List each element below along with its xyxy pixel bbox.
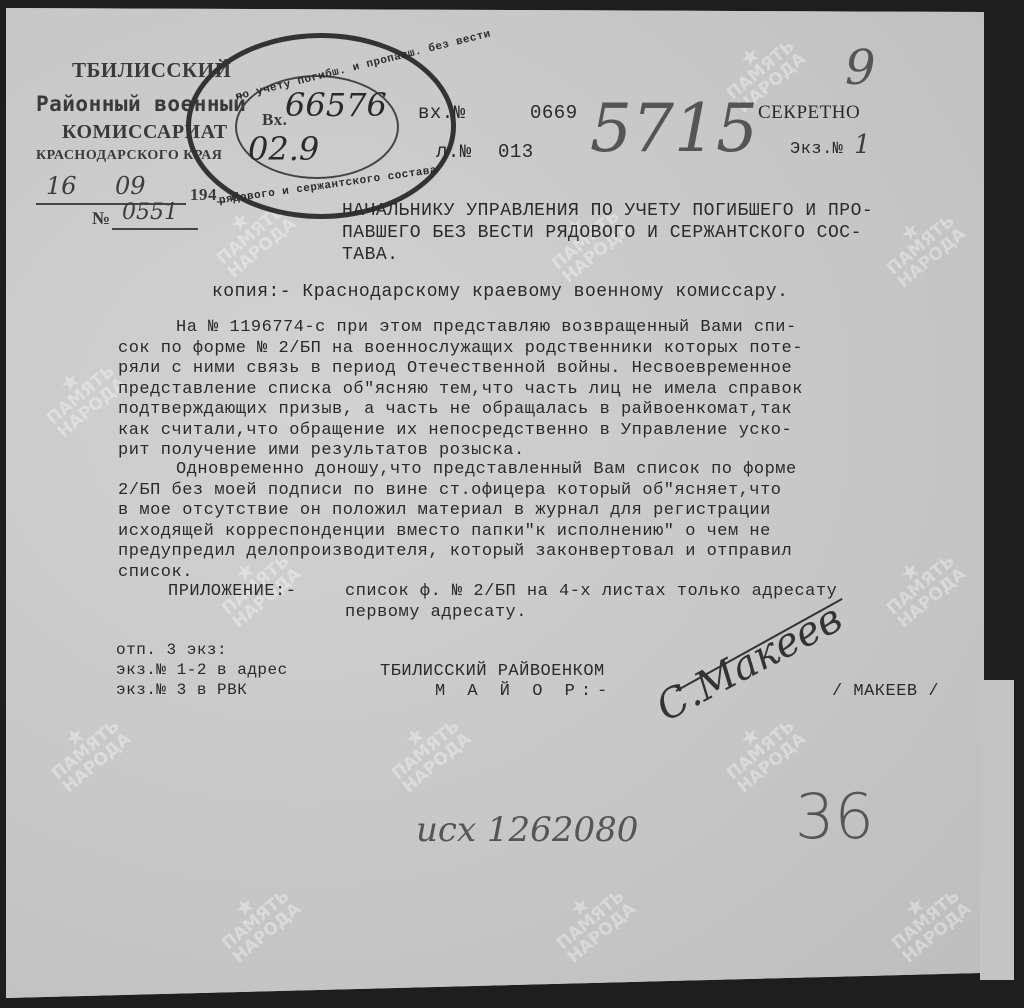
outgoing-number: 0551: [122, 200, 178, 225]
classification: СЕКРЕТНО: [758, 102, 860, 124]
signatory-rank: М А Й О Р:-: [435, 682, 613, 701]
copy-value: 1: [854, 130, 871, 160]
attachment-text: список ф. № 2/БП на 4-х листах только ад…: [345, 582, 837, 623]
date-month: 09: [115, 172, 146, 200]
stamp-incoming-number: 66576: [285, 86, 387, 124]
copy-to-line: копия:- Краснодарскому краевому военному…: [212, 282, 788, 302]
number-label: №: [92, 208, 111, 229]
paper-flap: [980, 680, 1014, 980]
paragraph-1: На № 1196774-с при этом представляю возв…: [118, 318, 803, 462]
addressee: НАЧАЛЬНИКУ УПРАВЛЕНИЯ ПО УЧЕТУ ПОГИБШЕГО…: [342, 200, 873, 266]
archive-ref: исх 1262080: [416, 810, 638, 850]
file-ref-value: 013: [498, 141, 534, 163]
handwritten-number: 5715: [590, 90, 758, 167]
signatory-name: / МАКЕЕВ /: [832, 682, 939, 701]
handwritten-mark: 9: [845, 40, 876, 96]
incoming-ref-value: 0669: [530, 102, 578, 124]
copies-distribution: отп. 3 экз:экз.№ 1-2 в адресэкз.№ 3 в РВ…: [116, 640, 288, 700]
paragraph-2: Одновременно доношу,что представленный В…: [118, 460, 797, 583]
attachment-label: ПРИЛОЖЕНИЕ:-: [168, 582, 296, 601]
signatory-title: ТБИЛИССКИЙ РАЙВОЕНКОМ: [380, 662, 605, 681]
stamp-incoming-label: Вх.: [262, 110, 287, 130]
file-ref-label: л.№: [436, 141, 472, 163]
page-number: 36: [795, 780, 874, 853]
stamp-date: 02.9: [248, 130, 319, 168]
copy-label: Экз.№: [790, 140, 844, 159]
date-day: 16: [46, 172, 77, 200]
incoming-ref-label: вх.№: [418, 102, 466, 124]
number-underline: [112, 228, 198, 230]
